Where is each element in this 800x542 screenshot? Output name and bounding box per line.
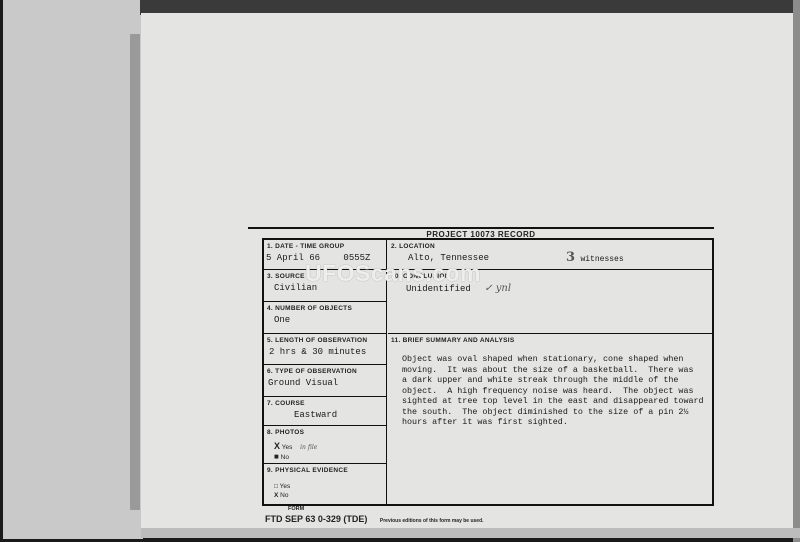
length-of-observation-value: 2 hrs & 30 minutes xyxy=(264,344,386,357)
summary-text: Object was oval shaped when stationary, … xyxy=(388,344,712,428)
evidence-yes-option: □ Yes xyxy=(264,482,386,491)
length-of-observation-label: 5. LENGTH OF OBSERVATION xyxy=(264,334,386,344)
course-value: Eastward xyxy=(264,407,386,420)
page-bottom-edge xyxy=(141,528,800,538)
summary-cell: 11. BRIEF SUMMARY AND ANALYSIS Object wa… xyxy=(388,334,712,504)
footer-main: FTD SEP 63 0-329 (TDE) Previous editions… xyxy=(265,514,484,524)
watermark: UFOScans.com xyxy=(305,260,481,287)
course-label: 7. COURSE xyxy=(264,397,386,407)
photos-yes-label: Yes xyxy=(282,444,293,451)
evidence-yes-checkbox: □ xyxy=(274,483,278,490)
length-of-observation-cell: 5. LENGTH OF OBSERVATION 2 hrs & 30 minu… xyxy=(264,334,386,365)
number-of-objects-cell: 4. NUMBER OF OBJECTS One xyxy=(264,302,386,334)
type-of-observation-label: 6. TYPE OF OBSERVATION xyxy=(264,365,386,375)
physical-evidence-cell: 9. PHYSICAL EVIDENCE □ Yes X No xyxy=(264,464,386,504)
evidence-no-label: No xyxy=(280,492,288,499)
footer-form-word: FORM xyxy=(288,506,304,512)
witness-count: 3 witnesses xyxy=(566,250,624,265)
conclusion-handwritten-note: ✓ ynl xyxy=(484,283,511,294)
photos-cell: 8. PHOTOS X Yes in file ■ No xyxy=(264,426,386,464)
page-right-edge xyxy=(793,0,800,542)
witness-number: 3 xyxy=(566,250,575,265)
number-of-objects-value: One xyxy=(264,312,386,325)
photos-no-checkbox: ■ xyxy=(274,452,279,461)
evidence-no-option: X No xyxy=(264,491,386,500)
footer-note: Previous editions of this form may be us… xyxy=(380,518,484,524)
photos-no-option: ■ No xyxy=(264,452,386,462)
number-of-objects-label: 4. NUMBER OF OBJECTS xyxy=(264,302,386,312)
location-label: 2. LOCATION xyxy=(388,240,712,250)
physical-evidence-label: 9. PHYSICAL EVIDENCE xyxy=(264,464,386,474)
type-of-observation-cell: 6. TYPE OF OBSERVATION Ground Visual xyxy=(264,365,386,397)
evidence-yes-label: Yes xyxy=(280,483,291,490)
date-time-label: 1. DATE - TIME GROUP xyxy=(264,240,386,250)
photos-label: 8. PHOTOS xyxy=(264,426,386,436)
photos-no-label: No xyxy=(281,454,289,461)
photos-handwritten-note: in file xyxy=(300,444,317,451)
photos-yes-option: X Yes in file xyxy=(264,442,386,452)
photos-yes-checkbox: X xyxy=(274,441,280,451)
evidence-no-checkbox: X xyxy=(274,492,278,499)
scan-background-left xyxy=(3,0,143,539)
summary-label: 11. BRIEF SUMMARY AND ANALYSIS xyxy=(388,334,712,344)
type-of-observation-value: Ground Visual xyxy=(264,375,386,388)
scan-shadow xyxy=(130,34,140,510)
footer-form-id: FTD SEP 63 0-329 (TDE) xyxy=(265,514,367,524)
course-cell: 7. COURSE Eastward xyxy=(264,397,386,426)
witness-label: witnesses xyxy=(580,255,623,264)
